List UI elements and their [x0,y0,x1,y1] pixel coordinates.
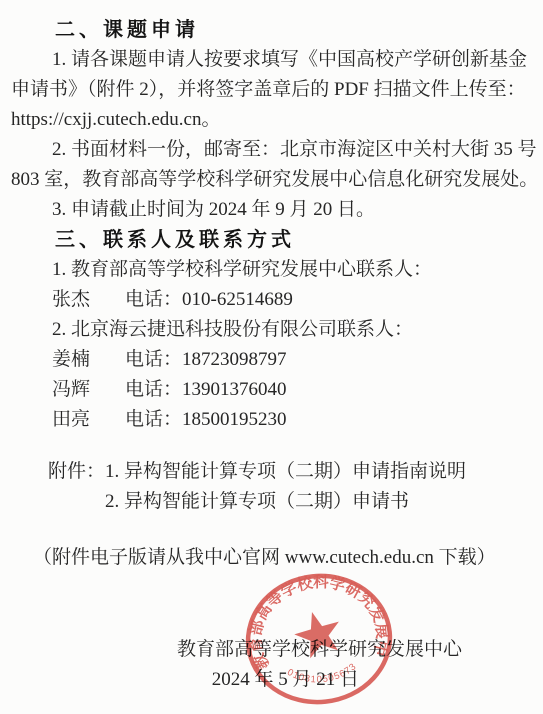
paragraph-mail-line1: 2. 书面材料一份，邮寄至：北京市海淀区中关村大街 35 号 [11,135,532,165]
download-note: （附件电子版请从我中心官网 www.cutech.edu.cn 下载） [11,543,532,573]
contact-row-tianliang: 田亮电话：18500195230 [11,405,532,435]
section-heading-application: 二、课题申请 [11,15,532,45]
attachment-item-1: 1. 异构智能计算专项（二期）申请指南说明 [105,457,466,487]
phone-label: 电话： [125,409,182,430]
section-heading-contacts: 三、联系人及联系方式 [11,225,532,255]
center-contact-label: 1. 教育部高等学校科学研究发展中心联系人： [11,255,532,285]
signature-organization: 教育部高等学校科学研究发展中心 [11,635,532,665]
attachments-block: 附件： 1. 异构智能计算专项（二期）申请指南说明 2. 异构智能计算专项（二期… [11,457,532,517]
paragraph-mail-line2: 803 室，教育部高等学校科学研究发展中心信息化研究发展处。 [11,165,532,195]
attachments-list: 1. 异构智能计算专项（二期）申请指南说明 2. 异构智能计算专项（二期）申请书 [105,457,466,517]
contact-row-jiangnan: 姜楠电话：18723098797 [11,345,532,375]
phone-label: 电话： [125,379,182,400]
contact-row-zhangjie: 张杰电话：010-62514689 [11,285,532,315]
contact-name: 冯辉 [52,375,125,405]
phone-number: 13901376040 [182,379,287,400]
company-contact-label: 2. 北京海云捷迅科技股份有限公司联系人： [11,315,532,345]
contact-row-fenghui: 冯辉电话：13901376040 [11,375,532,405]
phone-number: 18723098797 [182,349,287,370]
contact-name: 田亮 [52,405,125,435]
contact-name: 姜楠 [52,345,125,375]
paragraph-apply-line1: 1. 请各课题申请人按要求填写《中国高校产学研创新基金 [11,45,532,75]
paragraph-apply-line2: 申请书》（附件 2），并将签字盖章后的 PDF 扫描文件上传至： [11,75,532,105]
paragraph-deadline: 3. 申请截止时间为 2024 年 9 月 20 日。 [11,195,532,225]
attachment-item-2: 2. 异构智能计算专项（二期）申请书 [105,487,466,517]
scanned-document-page: 二、课题申请 1. 请各课题申请人按要求填写《中国高校产学研创新基金 申请书》（… [0,0,543,714]
signature-date: 2024 年 5 月 21 日 [11,665,532,695]
phone-label: 电话： [125,349,182,370]
upload-url: https://cxjj.cutech.edu.cn。 [11,105,532,135]
phone-number: 010-62514689 [182,289,293,310]
attachments-label: 附件： [48,457,105,517]
phone-label: 电话： [125,289,182,310]
phone-number: 18500195230 [182,409,287,430]
contact-name: 张杰 [52,285,125,315]
document-body: 二、课题申请 1. 请各课题申请人按要求填写《中国高校产学研创新基金 申请书》（… [0,0,543,695]
